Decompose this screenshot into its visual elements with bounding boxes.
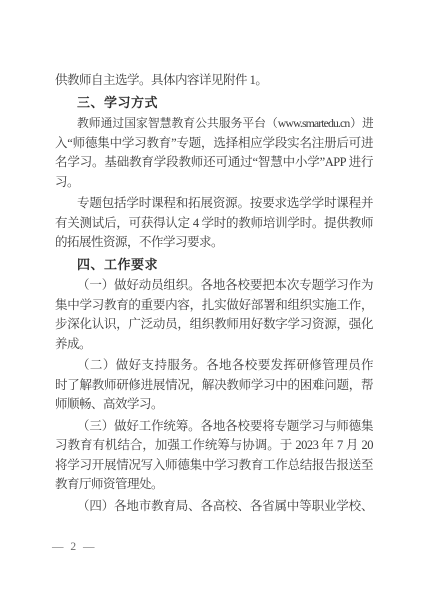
body-line: （一）做好动员组织。各地各校要把本次专题学习作为师德: [55, 276, 373, 296]
paragraph: （一）做好动员组织。各地各校要把本次专题学习作为师德集中学习教育的重要内容，扎实…: [55, 276, 373, 354]
body-line: 名学习。基础教育学段教师还可通过“智慧中小学”APP 进行学: [55, 153, 373, 173]
body-line: 时了解教师研修进展情况，解决教师学习中的困难问题，帮助教: [55, 376, 373, 396]
paragraph: （三）做好工作统筹。各地各校要将专题学习与师德集中学习教育有机结合，加强工作统筹…: [55, 417, 373, 495]
body-line: 将学习开展情况写入师德集中学习教育工作总结报告报送至省: [55, 456, 373, 476]
page-number: — 2 —: [52, 540, 97, 554]
body-line: 师顺畅、高效学习。: [55, 395, 373, 415]
body-line: 专题包括学时课程和拓展资源。按要求选学学时课程并完成: [55, 194, 373, 214]
body-line: 习教育有机结合，加强工作统筹与协调。于 2023 年 7 月 20 日前: [55, 436, 373, 456]
body-line: 教育厅师资管理处。: [55, 475, 373, 495]
body-line: 的拓展性资源，不作学习要求。: [55, 233, 373, 253]
paragraph: 教师通过国家智慧教育公共服务平台（www.smartedu.cn）进入“师德集中…: [55, 114, 373, 192]
document-page: 供教师自主选学。具体内容详见附件 1。三、学习方式教师通过国家智慧教育公共服务平…: [0, 0, 426, 595]
paragraph: （四）各地市教育局、各高校、各省属中等职业学校、省属: [55, 497, 373, 517]
body-line: 习。: [55, 173, 373, 193]
body-line: 供教师自主选学。具体内容详见附件 1。: [55, 71, 373, 91]
body-line: （三）做好工作统筹。各地各校要将专题学习与师德集中学: [55, 417, 373, 437]
paragraph: 供教师自主选学。具体内容详见附件 1。: [55, 71, 373, 91]
body-line: 入“师德集中学习教育”专题，选择相应学段实名注册后可进行报: [55, 134, 373, 154]
heading-line: 四、工作要求: [55, 255, 373, 275]
section-heading: 三、学习方式: [55, 93, 373, 113]
body-line: 步深化认识，广泛动员，组织教师用好数字学习资源，强化师德: [55, 315, 373, 335]
body-line: 养成。: [55, 335, 373, 355]
body-line: （四）各地市教育局、各高校、各省属中等职业学校、省属: [55, 497, 373, 517]
section-heading: 四、工作要求: [55, 255, 373, 275]
body-line: （二）做好支持服务。各地各校要发挥研修管理员作用，及: [55, 356, 373, 376]
body-line: 有关测试后，可获得认定 4 学时的教师培训学时。提供教师学习: [55, 214, 373, 234]
paragraph: （二）做好支持服务。各地各校要发挥研修管理员作用，及时了解教师研修进展情况，解决…: [55, 356, 373, 415]
body-line: 集中学习教育的重要内容，扎实做好部署和组织实施工作，进一: [55, 296, 373, 316]
heading-line: 三、学习方式: [55, 93, 373, 113]
body-line: 教师通过国家智慧教育公共服务平台（www.smartedu.cn）进: [55, 114, 373, 134]
document-body: 供教师自主选学。具体内容详见附件 1。三、学习方式教师通过国家智慧教育公共服务平…: [55, 71, 373, 516]
paragraph: 专题包括学时课程和拓展资源。按要求选学学时课程并完成有关测试后，可获得认定 4 …: [55, 194, 373, 253]
